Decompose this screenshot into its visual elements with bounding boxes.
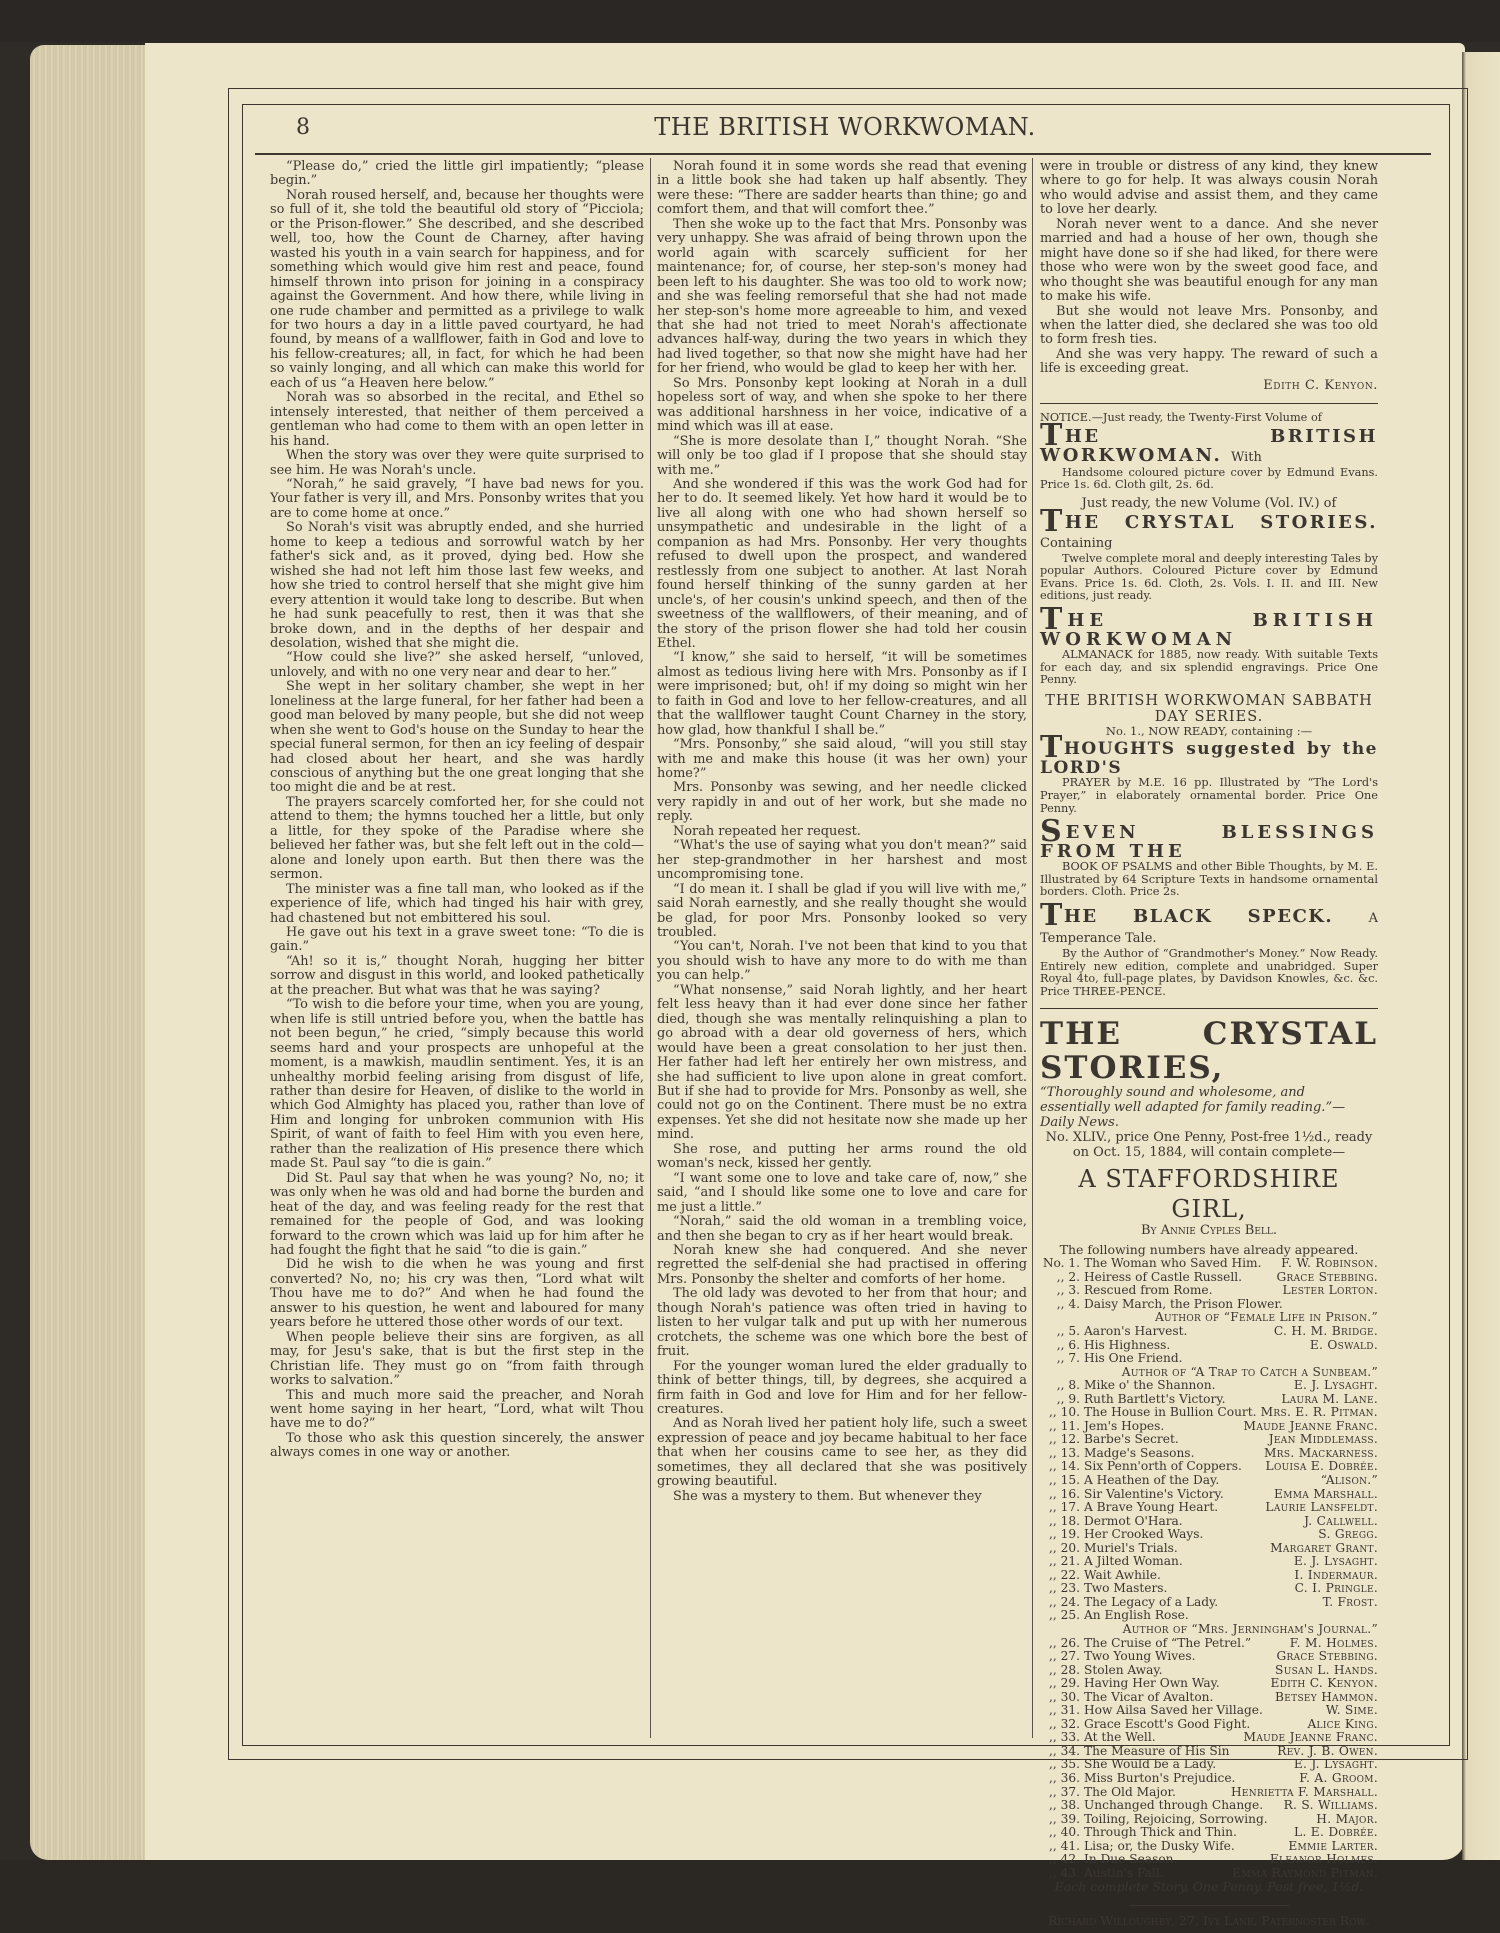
paragraph: So Mrs. Ponsonby kept looking at Norah i… — [657, 377, 1027, 435]
story-author: Jean Middlemass. — [1269, 1433, 1378, 1447]
story-number: ,, 43. — [1040, 1867, 1084, 1881]
paragraph: To those who ask this question sincerely… — [270, 1432, 644, 1461]
paragraph: And she wondered if this was the work Go… — [657, 478, 1027, 651]
story-author: “Alison.” — [1321, 1474, 1378, 1488]
story-title: His Highness. — [1084, 1338, 1170, 1352]
story-title: Lisa; or, the Dusky Wife. — [1084, 1839, 1235, 1853]
header-rule — [255, 153, 1431, 155]
list-item: ,, 2.Heiress of Castle Russell.Grace Ste… — [1040, 1271, 1378, 1285]
story-author: C. I. Pringle. — [1295, 1582, 1378, 1596]
story-title: The Cruise of “The Petrel.” — [1084, 1636, 1251, 1650]
paragraph: “To wish to die before your time, when y… — [270, 998, 644, 1171]
story-number: ,, 37. — [1040, 1786, 1084, 1800]
story-title: Six Penn'orth of Coppers. — [1084, 1459, 1242, 1473]
story-title: Grace Escott's Good Fight. — [1084, 1717, 1250, 1731]
list-item: ,, 41.Lisa; or, the Dusky Wife.Emmie Lar… — [1040, 1840, 1378, 1854]
story-author: E. J. Lysaght. — [1294, 1555, 1378, 1569]
story-author: Emma Raymond Pitman. — [1232, 1867, 1378, 1881]
paragraph: “I want some one to love and take care o… — [657, 1172, 1027, 1215]
story-entry: ,, 21.A Jilted Woman. — [1040, 1555, 1183, 1569]
footer-rule — [1129, 1905, 1289, 1906]
story-entry: ,, 20.Muriel's Trials. — [1040, 1542, 1178, 1556]
story-entry: ,, 24.The Legacy of a Lady. — [1040, 1596, 1218, 1610]
list-item: ,, 7.His One Friend. — [1040, 1352, 1378, 1366]
story-author: S. Gregg. — [1318, 1528, 1378, 1542]
list-item: ,, 10.The House in Bullion Court.Mrs. E.… — [1040, 1406, 1378, 1420]
publisher-imprint: Richard Willoughby, 27, Ivy Lane, Patern… — [1040, 1914, 1378, 1928]
story-entry: ,, 3.Rescued from Rome. — [1040, 1284, 1212, 1298]
story-author: F. A. Groom. — [1299, 1772, 1378, 1786]
list-item: ,, 8.Mike o' the Shannon.E. J. Lysaght. — [1040, 1379, 1378, 1393]
story-author: E. Oswald. — [1310, 1339, 1378, 1353]
story-number: ,, 31. — [1040, 1704, 1084, 1718]
paragraph: Norah was so absorbed in the recital, an… — [270, 391, 644, 449]
story-title: Wait Awhile. — [1084, 1568, 1161, 1582]
story-number: ,, 41. — [1040, 1840, 1084, 1854]
paragraph: “What's the use of saying what you don't… — [657, 839, 1027, 882]
story-number: ,, 20. — [1040, 1542, 1084, 1556]
list-item: ,, 22.Wait Awhile.I. Indermaur. — [1040, 1569, 1378, 1583]
story-number: ,, 34. — [1040, 1745, 1084, 1759]
paragraph: “Ah! so it is,” thought Norah, hugging h… — [270, 955, 644, 998]
story-title: How Ailsa Saved her Village. — [1084, 1703, 1263, 1717]
story-title: Two Masters. — [1084, 1581, 1167, 1595]
ad-body: BOOK OF PSALMS and other Bible Thoughts,… — [1040, 861, 1378, 899]
ad-seven-blessings: SEVEN BLESSINGS FROM THE BOOK OF PSALMS … — [1040, 821, 1378, 899]
ad-body: Twelve complete moral and deeply interes… — [1040, 553, 1378, 603]
paragraph: Did St. Paul say that when he was young?… — [270, 1172, 644, 1259]
story-number: ,, 29. — [1040, 1677, 1084, 1691]
story-number: ,, 16. — [1040, 1488, 1084, 1502]
book-cover-top — [0, 0, 1500, 42]
story-entry: ,, 30.The Vicar of Avalton. — [1040, 1691, 1213, 1705]
story-entry: ,, 25.An English Rose. — [1040, 1609, 1189, 1623]
story-number: ,, 13. — [1040, 1447, 1084, 1461]
story-author: Eleanor Holmes. — [1270, 1853, 1378, 1867]
story-number: ,, 25. — [1040, 1609, 1084, 1623]
list-intro: The following numbers have already appea… — [1040, 1243, 1378, 1257]
list-item: ,, 27.Two Young Wives.Grace Stebbing. — [1040, 1650, 1378, 1664]
ad-title-tail: With — [1231, 450, 1262, 465]
story-entry: ,, 15.A Heathen of the Day. — [1040, 1474, 1219, 1488]
crystal-stories-heading: THE CRYSTAL STORIES, — [1040, 1017, 1378, 1085]
paragraph: Did he wish to die when he was young and… — [270, 1258, 644, 1330]
story-author: Emmie Larter. — [1288, 1840, 1378, 1854]
masthead-title: THE BRITISH WORKWOMAN. — [242, 113, 1448, 141]
list-item: ,, 29.Having Her Own Way.Edith C. Kenyon… — [1040, 1677, 1378, 1691]
feature-author: By Annie Cyples Bell. — [1040, 1224, 1378, 1238]
story-title: A Jilted Woman. — [1084, 1554, 1183, 1568]
story-title: In Due Season. — [1084, 1852, 1177, 1866]
story-number: ,, 9. — [1040, 1393, 1084, 1407]
paragraph: were in trouble or distress of any kind,… — [1040, 160, 1378, 218]
story-list: No. 1.The Woman who Saved Him.F. W. Robi… — [1040, 1257, 1378, 1880]
story-number: ,, 4. — [1040, 1298, 1084, 1312]
paragraph: Then she woke up to the fact that Mrs. P… — [657, 218, 1027, 377]
press-quote: “Thoroughly sound and wholesome, and ess… — [1040, 1085, 1378, 1130]
story-entry: ,, 13.Madge's Seasons. — [1040, 1447, 1194, 1461]
story-number: ,, 38. — [1040, 1799, 1084, 1813]
story-entry: ,, 22.Wait Awhile. — [1040, 1569, 1161, 1583]
ad-title: HE BRITISH WORKWOMAN. — [1040, 426, 1378, 466]
story-author: Grace Stebbing. — [1277, 1271, 1379, 1285]
paragraph: But she would not leave Mrs. Ponsonby, a… — [1040, 305, 1378, 348]
list-item: ,, 40.Through Thick and Thin.L. E. Dobré… — [1040, 1826, 1378, 1840]
story-author: Betsey Hammon. — [1275, 1691, 1378, 1705]
story-title: Toiling, Rejoicing, Sorrowing. — [1084, 1812, 1268, 1826]
story-author: Emma Marshall. — [1274, 1488, 1378, 1502]
story-entry: ,, 7.His One Friend. — [1040, 1352, 1183, 1366]
story-author: Rev. J. B. Owen. — [1277, 1745, 1378, 1759]
story-author: Maude Jeanne Franc. — [1244, 1420, 1378, 1434]
section-rule — [1040, 403, 1378, 404]
story-number: ,, 11. — [1040, 1420, 1084, 1434]
paragraph: She rose, and putting her arms round the… — [657, 1143, 1027, 1172]
crystal-stories-section: THE CRYSTAL STORIES, “Thoroughly sound a… — [1040, 1017, 1378, 1928]
series-title-line2: DAY SERIES. — [1040, 709, 1378, 725]
paragraph: She was a mystery to them. But whenever … — [657, 1490, 1027, 1504]
list-item: ,, 11.Jem's Hopes.Maude Jeanne Franc. — [1040, 1420, 1378, 1434]
story-entry: ,, 35.She Would be a Lady. — [1040, 1758, 1216, 1772]
story-author: H. Major. — [1316, 1813, 1378, 1827]
story-entry: ,, 27.Two Young Wives. — [1040, 1650, 1195, 1664]
story-entry: ,, 29.Having Her Own Way. — [1040, 1677, 1220, 1691]
story-title: Two Young Wives. — [1084, 1649, 1195, 1663]
list-item: ,, 19.Her Crooked Ways.S. Gregg. — [1040, 1528, 1378, 1542]
paragraph: She wept in her solitary chamber, she we… — [270, 680, 644, 796]
ad-black-speck: THE BLACK SPECK. A Temperance Tale. By t… — [1040, 905, 1378, 998]
story-column-left: “Please do,” cried the little girl impat… — [270, 160, 644, 1461]
story-number: ,, 30. — [1040, 1691, 1084, 1705]
story-number: ,, 15. — [1040, 1474, 1084, 1488]
paragraph: “Norah,” he said gravely, “I have bad ne… — [270, 478, 644, 521]
story-author: Edith C. Kenyon. — [1271, 1677, 1378, 1691]
list-item: ,, 30.The Vicar of Avalton.Betsey Hammon… — [1040, 1691, 1378, 1705]
story-title: Through Thick and Thin. — [1084, 1825, 1237, 1839]
story-title: At the Well. — [1084, 1730, 1156, 1744]
story-entry: ,, 38.Unchanged through Change. — [1040, 1799, 1263, 1813]
paragraph: Norah repeated her request. — [657, 825, 1027, 839]
list-item: ,, 39.Toiling, Rejoicing, Sorrowing.H. M… — [1040, 1813, 1378, 1827]
story-title: Sir Valentine's Victory. — [1084, 1487, 1224, 1501]
paragraph: Norah found it in some words she read th… — [657, 160, 1027, 218]
story-author: R. S. Williams. — [1284, 1799, 1378, 1813]
list-item: ,, 38.Unchanged through Change.R. S. Wil… — [1040, 1799, 1378, 1813]
story-author: Susan L. Hands. — [1275, 1664, 1378, 1678]
story-title: A Heathen of the Day. — [1084, 1473, 1219, 1487]
ad-british-workwoman-volume: THE BRITISH WORKWOMAN. With Handsome col… — [1040, 425, 1378, 492]
list-item: ,, 31.How Ailsa Saved her Village.W. Sim… — [1040, 1704, 1378, 1718]
story-entry: ,, 6.His Highness. — [1040, 1339, 1170, 1353]
story-author: E. J. Lysaght. — [1294, 1379, 1378, 1393]
paragraph: “Norah,” said the old woman in a trembli… — [657, 1215, 1027, 1244]
list-item: ,, 42.In Due Season.Eleanor Holmes. — [1040, 1853, 1378, 1867]
list-item: ,, 35.She Would be a Lady.E. J. Lysaght. — [1040, 1758, 1378, 1772]
story-title: Austin's Fall. — [1084, 1866, 1164, 1880]
paragraph: “I do mean it. I shall be glad if you wi… — [657, 883, 1027, 941]
story-entry: ,, 8.Mike o' the Shannon. — [1040, 1379, 1215, 1393]
story-entry: ,, 10.The House in Bullion Court. — [1040, 1406, 1257, 1420]
paragraph: Norah roused herself, and, because her t… — [270, 189, 644, 391]
list-item: ,, 26.The Cruise of “The Petrel.”F. M. H… — [1040, 1637, 1378, 1651]
story-author: Maude Jeanne Franc. — [1244, 1731, 1378, 1745]
story-entry: ,, 26.The Cruise of “The Petrel.” — [1040, 1637, 1251, 1651]
ad-title: HE BRITISH WORKWOMAN — [1040, 610, 1378, 650]
list-item: ,, 5.Aaron's Harvest.C. H. M. Bridge. — [1040, 1325, 1378, 1339]
story-title: Dermot O'Hara. — [1084, 1514, 1183, 1528]
story-column-middle: Norah found it in some words she read th… — [657, 160, 1027, 1504]
story-number: ,, 24. — [1040, 1596, 1084, 1610]
ad-body: Handsome coloured picture cover by Edmun… — [1040, 467, 1378, 492]
series-title: THE BRITISH WORKWOMAN SABBATH — [1040, 693, 1378, 709]
story-author: Henrietta F. Marshall. — [1231, 1786, 1378, 1800]
paragraph: The old lady was devoted to her from tha… — [657, 1287, 1027, 1359]
story-author: Laurie Lansfeldt. — [1265, 1501, 1378, 1515]
story-entry: ,, 14.Six Penn'orth of Coppers. — [1040, 1460, 1242, 1474]
ad-body: ALMANACK for 1885, now ready. With suita… — [1040, 649, 1378, 687]
author-signature: Edith C. Kenyon. — [1040, 379, 1378, 393]
paragraph: And she was very happy. The reward of su… — [1040, 348, 1378, 377]
story-number: ,, 26. — [1040, 1637, 1084, 1651]
story-title: The Legacy of a Lady. — [1084, 1595, 1218, 1609]
story-entry: ,, 12.Barbe's Secret. — [1040, 1433, 1179, 1447]
issue-info: No. XLIV., price One Penny, Post-free 1½… — [1040, 1130, 1378, 1160]
story-entry: ,, 18.Dermot O'Hara. — [1040, 1515, 1183, 1529]
story-number: ,, 19. — [1040, 1528, 1084, 1542]
story-title: The Woman who Saved Him. — [1084, 1256, 1262, 1270]
ad-crystal-stories-volume: THE CRYSTAL STORIES. Containing Twelve c… — [1040, 511, 1378, 603]
list-item: ,, 24.The Legacy of a Lady.T. Frost. — [1040, 1596, 1378, 1610]
ad-sabbath-series: THE BRITISH WORKWOMAN SABBATH DAY SERIES… — [1040, 693, 1378, 738]
list-item: ,, 23.Two Masters.C. I. Pringle. — [1040, 1582, 1378, 1596]
story-title: A Brave Young Heart. — [1084, 1500, 1218, 1514]
paragraph: “You can't, Norah. I've not been that ki… — [657, 940, 1027, 983]
story-title: Madge's Seasons. — [1084, 1446, 1194, 1460]
story-author: L. E. Dobrée. — [1294, 1826, 1378, 1840]
story-number: ,, 33. — [1040, 1731, 1084, 1745]
paragraph: “What nonsense,” said Norah lightly, and… — [657, 984, 1027, 1143]
paragraph: “She is more desolate than I,” thought N… — [657, 435, 1027, 478]
list-item: No. 1.The Woman who Saved Him.F. W. Robi… — [1040, 1257, 1378, 1271]
price-note: Each complete Story, One Penny. Post fre… — [1040, 1880, 1378, 1894]
story-author: F. W. Robinson. — [1281, 1257, 1378, 1271]
story-title: His One Friend. — [1084, 1351, 1183, 1365]
story-entry: ,, 33.At the Well. — [1040, 1731, 1156, 1745]
list-item: ,, 18.Dermot O'Hara.J. Callwell. — [1040, 1515, 1378, 1529]
story-number: ,, 21. — [1040, 1555, 1084, 1569]
story-entry: ,, 5.Aaron's Harvest. — [1040, 1325, 1187, 1339]
story-number: ,, 23. — [1040, 1582, 1084, 1596]
story-entry: ,, 28.Stolen Away. — [1040, 1664, 1163, 1678]
series-status: No. 1., NOW READY, containing :— — [1040, 725, 1378, 738]
story-number: ,, 3. — [1040, 1284, 1084, 1298]
story-number: No. 1. — [1040, 1257, 1084, 1271]
story-title: Aaron's Harvest. — [1084, 1324, 1187, 1338]
story-title: Her Crooked Ways. — [1084, 1527, 1203, 1541]
story-entry: ,, 17.A Brave Young Heart. — [1040, 1501, 1218, 1515]
story-author: Grace Stebbing. — [1277, 1650, 1379, 1664]
story-number: ,, 7. — [1040, 1352, 1084, 1366]
story-title: Daisy March, the Prison Flower. — [1084, 1297, 1283, 1311]
story-title: Having Her Own Way. — [1084, 1676, 1220, 1690]
page-header: 8 THE BRITISH WORKWOMAN. — [242, 104, 1448, 156]
story-entry: ,, 16.Sir Valentine's Victory. — [1040, 1488, 1224, 1502]
story-author-attribution: Author of “A Trap to Catch a Sunbeam.” — [1040, 1366, 1378, 1380]
paragraph: He gave out his text in a grave sweet to… — [270, 926, 644, 955]
story-entry: ,, 34.The Measure of His Sin — [1040, 1745, 1230, 1759]
feature-title: A STAFFORDSHIRE GIRL, — [1040, 1164, 1378, 1224]
story-number: ,, 35. — [1040, 1758, 1084, 1772]
story-title: The Vicar of Avalton. — [1084, 1690, 1213, 1704]
story-number: ,, 39. — [1040, 1813, 1084, 1827]
section-rule — [1040, 1008, 1378, 1009]
paragraph: And as Norah lived her patient holy life… — [657, 1417, 1027, 1489]
list-item: ,, 25.An English Rose. — [1040, 1609, 1378, 1623]
story-number: ,, 18. — [1040, 1515, 1084, 1529]
story-entry: ,, 19.Her Crooked Ways. — [1040, 1528, 1203, 1542]
ad-title: EVEN BLESSINGS FROM THE — [1040, 822, 1378, 862]
list-item: ,, 6.His Highness.E. Oswald. — [1040, 1339, 1378, 1353]
list-item: ,, 12.Barbe's Secret.Jean Middlemass. — [1040, 1433, 1378, 1447]
story-entry: ,, 39.Toiling, Rejoicing, Sorrowing. — [1040, 1813, 1268, 1827]
story-number: ,, 5. — [1040, 1325, 1084, 1339]
drop-cap: T — [1040, 504, 1065, 539]
story-title: Ruth Bartlett's Victory. — [1084, 1392, 1226, 1406]
story-author: Margaret Grant. — [1270, 1542, 1378, 1556]
ad-title: HE CRYSTAL STORIES. — [1065, 512, 1378, 533]
story-title: Unchanged through Change. — [1084, 1798, 1263, 1812]
page-stack-edge — [30, 45, 145, 1860]
story-title: She Would be a Lady. — [1084, 1757, 1216, 1771]
notice-intro: NOTICE.—Just ready, the Twenty-First Vol… — [1040, 412, 1378, 425]
story-author: Lester Lorton. — [1283, 1284, 1378, 1298]
story-number: ,, 40. — [1040, 1826, 1084, 1840]
story-number: ,, 6. — [1040, 1339, 1084, 1353]
list-item: ,, 28.Stolen Away.Susan L. Hands. — [1040, 1664, 1378, 1678]
list-item: ,, 17.A Brave Young Heart.Laurie Lansfel… — [1040, 1501, 1378, 1515]
ad-body: PRAYER by M.E. 16 pp. Illustrated by “Th… — [1040, 777, 1378, 815]
story-entry: ,, 36.Miss Burton's Prejudice. — [1040, 1772, 1235, 1786]
story-title: The Measure of His Sin — [1084, 1744, 1230, 1758]
ad-title: HE BLACK SPECK. — [1064, 906, 1333, 927]
story-entry: ,, 23.Two Masters. — [1040, 1582, 1167, 1596]
story-number: ,, 36. — [1040, 1772, 1084, 1786]
story-author: Mrs. Mackarness. — [1264, 1447, 1378, 1461]
list-item: ,, 20.Muriel's Trials.Margaret Grant. — [1040, 1542, 1378, 1556]
story-author: J. Callwell. — [1304, 1515, 1378, 1529]
drop-cap: T — [1040, 898, 1064, 933]
story-author: E. J. Lysaght. — [1294, 1758, 1378, 1772]
paragraph: When people believe their sins are forgi… — [270, 1331, 644, 1389]
story-author-attribution: Author of “Female Life in Prison.” — [1040, 1311, 1378, 1325]
story-entry: ,, 41.Lisa; or, the Dusky Wife. — [1040, 1840, 1235, 1854]
story-author: Laura M. Lane. — [1281, 1393, 1378, 1407]
paragraph: “I know,” she said to herself, “it will … — [657, 651, 1027, 738]
list-item: ,, 16.Sir Valentine's Victory.Emma Marsh… — [1040, 1488, 1378, 1502]
list-item: ,, 4.Daisy March, the Prison Flower. — [1040, 1298, 1378, 1312]
paragraph: The minister was a fine tall man, who lo… — [270, 883, 644, 926]
list-item: ,, 43.Austin's Fall.Emma Raymond Pitman. — [1040, 1867, 1378, 1881]
story-number: ,, 8. — [1040, 1379, 1084, 1393]
story-author: Alice King. — [1307, 1718, 1378, 1732]
paragraph: So Norah's visit was abruptly ended, and… — [270, 521, 644, 651]
story-author: Mrs. E. R. Pitman. — [1261, 1406, 1378, 1420]
list-item: ,, 32.Grace Escott's Good Fight.Alice Ki… — [1040, 1718, 1378, 1732]
story-entry: No. 1.The Woman who Saved Him. — [1040, 1257, 1262, 1271]
paragraph: Mrs. Ponsonby was sewing, and her needle… — [657, 781, 1027, 824]
story-title: The House in Bullion Court. — [1084, 1405, 1257, 1419]
story-entry: ,, 11.Jem's Hopes. — [1040, 1420, 1164, 1434]
story-entry: ,, 32.Grace Escott's Good Fight. — [1040, 1718, 1250, 1732]
story-entry: ,, 31.How Ailsa Saved her Village. — [1040, 1704, 1263, 1718]
story-entry: ,, 37.The Old Major. — [1040, 1786, 1176, 1800]
paragraph: For the younger woman lured the elder gr… — [657, 1360, 1027, 1418]
list-item: ,, 21.A Jilted Woman.E. J. Lysaght. — [1040, 1555, 1378, 1569]
story-number: ,, 22. — [1040, 1569, 1084, 1583]
ad-thoughts: THOUGHTS suggested by the LORD'S PRAYER … — [1040, 737, 1378, 815]
story-number: ,, 2. — [1040, 1271, 1084, 1285]
paragraph: “Mrs. Ponsonby,” she said aloud, “will y… — [657, 738, 1027, 781]
story-number: ,, 14. — [1040, 1460, 1084, 1474]
story-entry: ,, 9.Ruth Bartlett's Victory. — [1040, 1393, 1226, 1407]
story-number: ,, 17. — [1040, 1501, 1084, 1515]
story-title: Stolen Away. — [1084, 1663, 1163, 1677]
story-number: ,, 42. — [1040, 1853, 1084, 1867]
list-item: ,, 9.Ruth Bartlett's Victory.Laura M. La… — [1040, 1393, 1378, 1407]
paragraph: “Please do,” cried the little girl impat… — [270, 160, 644, 189]
story-title: Miss Burton's Prejudice. — [1084, 1771, 1235, 1785]
paragraph: Norah knew she had conquered. And she ne… — [657, 1244, 1027, 1287]
story-author: W. Sime. — [1326, 1704, 1378, 1718]
story-entry: ,, 2.Heiress of Castle Russell. — [1040, 1271, 1242, 1285]
list-item: ,, 37.The Old Major.Henrietta F. Marshal… — [1040, 1786, 1378, 1800]
story-author: F. M. Holmes. — [1290, 1637, 1378, 1651]
list-item: ,, 3.Rescued from Rome.Lester Lorton. — [1040, 1284, 1378, 1298]
story-author: I. Indermaur. — [1294, 1569, 1378, 1583]
list-item: ,, 14.Six Penn'orth of Coppers.Louisa E.… — [1040, 1460, 1378, 1474]
paragraph: This and much more said the preacher, an… — [270, 1389, 644, 1432]
column-divider — [1032, 158, 1033, 1738]
story-entry: ,, 4.Daisy March, the Prison Flower. — [1040, 1298, 1283, 1312]
story-number: ,, 12. — [1040, 1433, 1084, 1447]
story-title: Heiress of Castle Russell. — [1084, 1270, 1242, 1284]
story-entry: ,, 43.Austin's Fall. — [1040, 1867, 1164, 1881]
story-title: Barbe's Secret. — [1084, 1432, 1179, 1446]
story-title: Jem's Hopes. — [1084, 1419, 1164, 1433]
ad-almanack: THE BRITISH WORKWOMAN ALMANACK for 1885,… — [1040, 609, 1378, 687]
story-title: Mike o' the Shannon. — [1084, 1378, 1215, 1392]
paragraph: Norah never went to a dance. And she nev… — [1040, 218, 1378, 305]
story-author: C. H. M. Bridge. — [1274, 1325, 1378, 1339]
story-author-attribution: Author of “Mrs. Jerningham's Journal.” — [1040, 1623, 1378, 1637]
ad-body: By the Author of “Grandmother's Money.” … — [1040, 948, 1378, 998]
story-number: ,, 32. — [1040, 1718, 1084, 1732]
ad-title: HOUGHTS suggested by the LORD'S — [1040, 739, 1378, 778]
story-author: Louisa E. Dobrée. — [1266, 1460, 1378, 1474]
list-item: ,, 15.A Heathen of the Day.“Alison.” — [1040, 1474, 1378, 1488]
column-divider — [650, 158, 651, 1738]
crystal-intro: Just ready, the new Volume (Vol. IV.) of — [1040, 498, 1378, 511]
story-number: ,, 28. — [1040, 1664, 1084, 1678]
list-item: ,, 34.The Measure of His SinRev. J. B. O… — [1040, 1745, 1378, 1759]
paragraph: When the story was over they were quite … — [270, 449, 644, 478]
paragraph: “How could she live?” she asked herself,… — [270, 651, 644, 680]
story-title: The Old Major. — [1084, 1785, 1176, 1799]
story-number: ,, 10. — [1040, 1406, 1084, 1420]
story-author: T. Frost. — [1323, 1596, 1378, 1610]
list-item: ,, 13.Madge's Seasons.Mrs. Mackarness. — [1040, 1447, 1378, 1461]
story-title: Rescued from Rome. — [1084, 1283, 1212, 1297]
